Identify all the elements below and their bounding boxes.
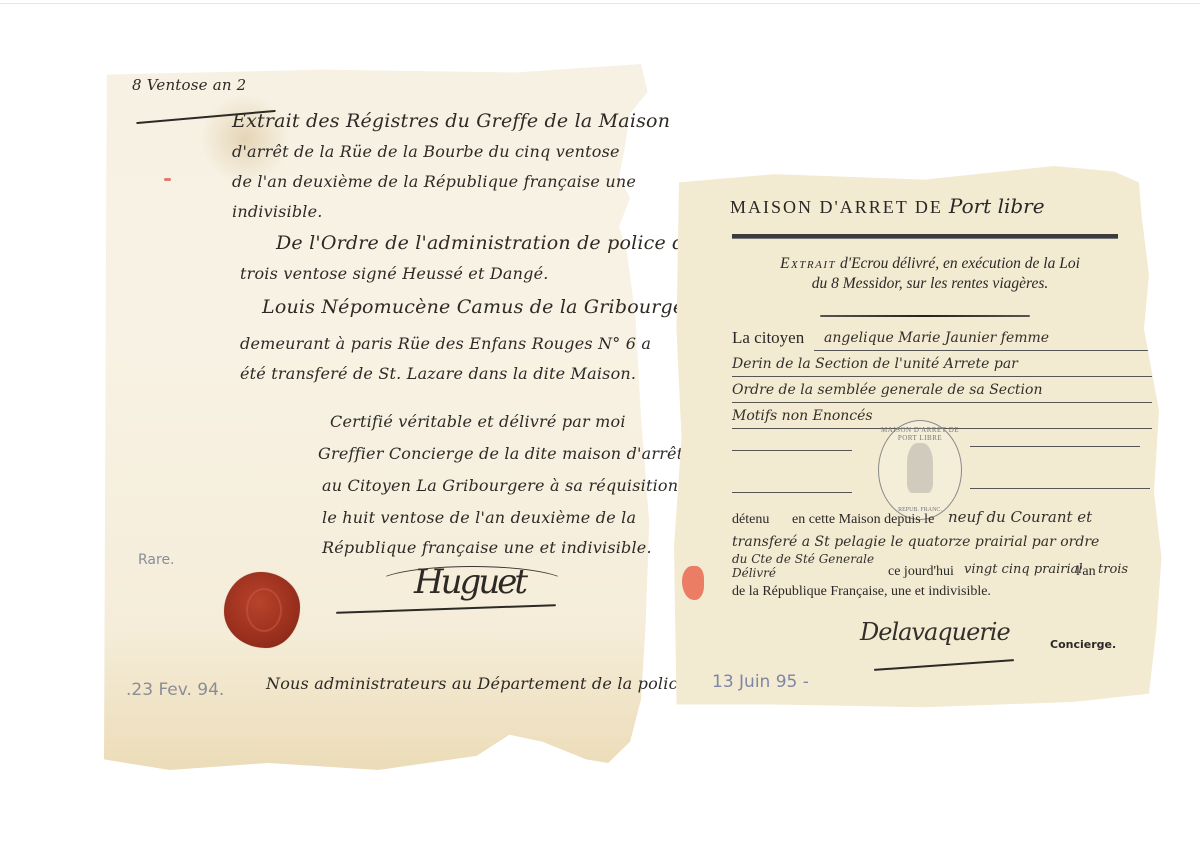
title-rule [732,234,1118,239]
right-hw-line-2: Derin de la Section de l'unité Arrete pa… [732,356,1018,372]
left-line-4: indivisible. [232,202,323,221]
seal-emblem-icon [246,588,282,632]
left-line-9: été transferé de St. Lazare dans la dite… [240,364,636,383]
en-cette-maison-label: en cette Maison depuis le [792,512,934,528]
left-line-10: Certifié véritable et délivré par moi [330,412,626,431]
title-handwritten-text: Port libre [949,194,1045,218]
stamp-text: MAISON D'ARRET DE PORT LIBRE [879,426,961,442]
left-footer-line: Nous administrateurs au Département de l… [266,674,687,693]
left-line-5: De l'Ordre de l'administration de police… [276,232,697,254]
an-label: l'an [1076,564,1096,580]
subtitle-extrait: Extrait [780,255,836,272]
right-hw-line-4: Motifs non Enoncés [732,408,873,424]
red-mark-small [164,178,171,181]
ornamental-rule [820,315,1030,317]
subtitle-line-2: du 8 Messidor, sur les rentes viagères. [812,275,1049,292]
left-line-3: de l'an deuxième de la République frança… [232,172,636,191]
printed-subtitle: Extrait d'Ecrou délivré, en exécution de… [730,254,1130,294]
left-line-2: d'arrêt de la Rüe de la Bourbe du cinq v… [232,142,620,161]
signature-flourish [376,566,568,602]
concierge-label: Concierge. [1050,638,1116,651]
delivre-handwritten: Délivré [732,566,776,580]
scan-top-edge [0,3,1200,4]
paper-stain [200,94,290,184]
detenu-label: détenu [732,512,769,528]
pencil-note-rare: Rare. [138,552,175,568]
an-handwritten: trois [1098,562,1128,577]
republic-line: de la République Française, une et indiv… [732,584,991,600]
title-printed-text: MAISON D'ARRET DE [730,197,943,217]
left-line-13: le huit ventose de l'an deuxième de la [322,508,636,527]
left-line-7: Louis Népomucène Camus de la Gribourgere [262,296,705,318]
transfer-line-2: du Cte de Sté Generale [732,552,874,566]
pencil-note-date: .23 Fev. 94. [126,680,224,700]
blank-line [732,450,852,451]
left-line-1: Extrait des Régistres du Greffe de la Ma… [232,110,670,132]
signature-underline [874,659,1014,671]
right-document-paper: MAISON D'ARRET DEPort libre Extrait d'Ec… [674,166,1174,710]
transfer-line: transferé a St pelagie le quatorze prair… [732,534,1099,550]
left-line-12: au Citoyen La Gribourgere à sa réquisiti… [322,476,678,495]
pencil-date-note: 13 Juin 95 - [712,672,809,692]
fill-line [732,402,1152,403]
blank-line [732,492,852,493]
fill-line [732,376,1152,377]
jourdhui-label: ce jourd'hui [888,564,954,580]
left-line-11: Greffier Concierge de la dite maison d'a… [318,444,683,463]
red-wax-fragment [682,566,704,600]
blank-line [970,488,1150,489]
jourdhui-handwritten: vingt cinq prairial [964,562,1083,577]
citizen-prefix: La citoyen [732,328,804,348]
right-hw-line-1: angelique Marie Jaunier femme [824,330,1049,346]
right-signature: Delavaquerie [860,618,1010,646]
left-line-6: trois ventose signé Heussé et Dangé. [240,264,549,283]
blank-line [970,446,1140,447]
fill-line [814,350,1154,351]
stamp-figure-icon [907,443,933,493]
corner-date-note: 8 Ventose an 2 [132,76,246,94]
wax-seal [224,572,300,648]
prison-ink-stamp: MAISON D'ARRET DE PORT LIBRE REPUB. FRAN… [878,420,962,520]
detenu-handwritten: neuf du Courant et [948,508,1092,526]
left-line-14: République française une et indivisible. [322,538,652,557]
right-hw-line-3: Ordre de la semblée generale de sa Secti… [732,382,1042,398]
subtitle-rest: d'Ecrou délivré, en exécution de la Loi [836,255,1080,272]
left-line-8: demeurant à paris Rüe des Enfans Rouges … [240,334,651,353]
printed-title: MAISON D'ARRET DEPort libre [730,194,1045,218]
